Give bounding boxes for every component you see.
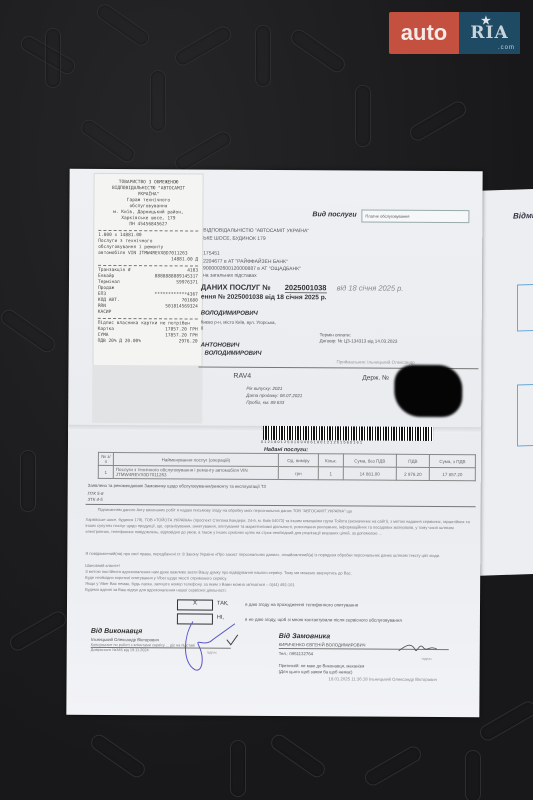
company-line-2: ЬКЕ ШОСЕ, БУДИНОК 179 [203, 236, 265, 242]
consent-text-6: Будемо вдячні за Ваш відгук для вдоскона… [85, 587, 470, 595]
autoria-watermark-logo: auto ★ RIA .com [389, 12, 520, 54]
vehicle-sale-date: Дата продажу: 08.07.2021 [246, 393, 302, 398]
payment-terms-label: Термін оплати: [320, 332, 351, 337]
mat-groove [20, 450, 36, 512]
survey-yes-checkbox[interactable]: X [177, 599, 213, 610]
services-table: № з/п Найменування послуг (операцій) Од.… [98, 452, 476, 481]
customer-phone: Тел.: 0951132764 [279, 651, 313, 656]
contract-info: Договір: № ЦЗ-134313 від 14.03.2023 [320, 338, 398, 343]
service-act-document: ТОВАРИСТВО З ОБМЕЖЕНОЮ ВІДПОВІДАЛЬНІСТЮ … [66, 169, 482, 718]
claims-line-1: Претензій: не маю до Виконавця, механізм [279, 663, 365, 669]
receipt-detail: КАСИР [98, 310, 198, 317]
mat-groove [477, 699, 533, 744]
act-date: від 18 січня 2025 р. [337, 283, 404, 292]
vehicle-mileage: Пробіг, км: 89 833 [246, 400, 284, 405]
act-title: ДАНИХ ПОСЛУГ № 2025001038 від 18 січня 2… [201, 283, 403, 293]
tax-basis: на загальних підставах [203, 273, 257, 279]
signature-timestamp: 18.01.2025 11:36:18 Ільницький Олександр… [329, 676, 437, 682]
mat-groove [255, 25, 271, 87]
side-document-box [517, 284, 533, 332]
claims-line-2: (Для цього щоб заяви ба щоб немає) [279, 669, 353, 674]
mat-groove [150, 70, 166, 132]
survey-no-text: я не даю згоду, щоб зі мною контактували… [245, 617, 402, 623]
mat-groove [0, 307, 58, 356]
customer-patronymic: ВОЛОДИМИРОВИЧ [201, 311, 258, 317]
executor-title: Від Виконавця [91, 628, 142, 635]
barcode-digits: 0121801250100406180121261560161 [261, 440, 363, 445]
customer-title: Від Замовника [279, 633, 330, 640]
survey-yes-label: ТАК, [217, 601, 229, 607]
mat-groove [465, 750, 481, 800]
mat-groove [355, 85, 371, 147]
order-line: ення № 2025001038 від 18 січня 2025 р. [201, 294, 327, 302]
note-1: ПТК 5-8 [88, 491, 104, 496]
side-document-box [517, 384, 533, 447]
vehicle-model: RAV4 [233, 373, 251, 380]
customer-name: КИРИЧЕНКО ЄВГЕНІЙ ВОЛОДИМИРОВИЧ [279, 642, 366, 648]
mat-groove [268, 732, 328, 781]
mat-groove [78, 117, 138, 166]
consent-intro: Підписанням даного Акту виконаних робіт … [98, 507, 468, 515]
customer-signature-icon [397, 639, 442, 661]
receipt-header-7: ПН 45456845627 [98, 222, 198, 229]
bank-account-1: 2204677 в АТ "РАЙФФАЙЗЕН БАНК" [203, 259, 288, 266]
logo-auto-part: auto [389, 12, 459, 54]
side-document-title: Відміт [513, 211, 533, 221]
mat-groove [172, 129, 234, 174]
plate-label: Держ. № [362, 375, 389, 382]
executor-signature-icon [175, 617, 245, 677]
consent-text-1: Харківське шосе, будинок 179), ТОВ «ТОЙО… [85, 517, 470, 551]
service-type-label: Вид послуги [312, 211, 356, 218]
logo-com-suffix: .com [498, 45, 515, 51]
receipt-line-amount: 14881.00 Д [98, 257, 198, 264]
mat-groove [407, 99, 469, 144]
document-barcode [263, 426, 433, 441]
mat-groove [288, 27, 348, 76]
service-type-value: Платне обслуговування [365, 214, 409, 219]
mat-groove [45, 28, 61, 88]
contact-surname: АНТОНОВИЧ [201, 343, 240, 349]
note-2: ЗТК 4-5 [88, 497, 103, 502]
act-number: 2025001038 [285, 283, 327, 293]
logo-ria-part: ★ RIA .com [459, 12, 520, 54]
edrpou: 175451 [203, 251, 220, 257]
redacted-plate [394, 365, 462, 417]
mat-groove [362, 744, 424, 789]
mat-groove [230, 740, 246, 797]
mat-groove [7, 609, 69, 654]
receipt-stub [92, 365, 202, 424]
survey-yes-text: я даю згоду на проходження телефонного о… [245, 602, 358, 608]
customer-house: 8 [201, 326, 204, 331]
mat-groove [88, 732, 148, 781]
service-type-field: Платне обслуговування [361, 210, 469, 224]
mat-groove [172, 24, 234, 69]
executor-name: Ільницький Олександр Вікторович [91, 637, 159, 642]
bank-account-2: 9000002600120000887 в АТ "ОЩАДБАНК" [203, 266, 301, 273]
mat-groove [94, 1, 152, 49]
company-line-1: ВІДПОВІДАЛЬНІСТЮ "АВТОСАМІТ УКРАЇНА" [203, 228, 309, 235]
customer-address: Києво р-н, місто Київ, вул. Угорська, [201, 320, 276, 325]
acceptor: Приймальник: Ільницький Олександр [336, 359, 414, 364]
star-icon: ★ [481, 14, 492, 27]
recommendation: Заявлено та рекомендовані Замовнику щодо… [88, 483, 266, 489]
receipt-total: ПДВ 20% Д 20.00%2976.20 [98, 339, 198, 346]
contact-patronymic: ВОЛОДИМИРОВИЧ [205, 351, 262, 357]
table-row: 1 Послуги з технічного обслуговування і … [98, 465, 475, 480]
vehicle-year: Рік випуску: 2021 [246, 386, 282, 391]
